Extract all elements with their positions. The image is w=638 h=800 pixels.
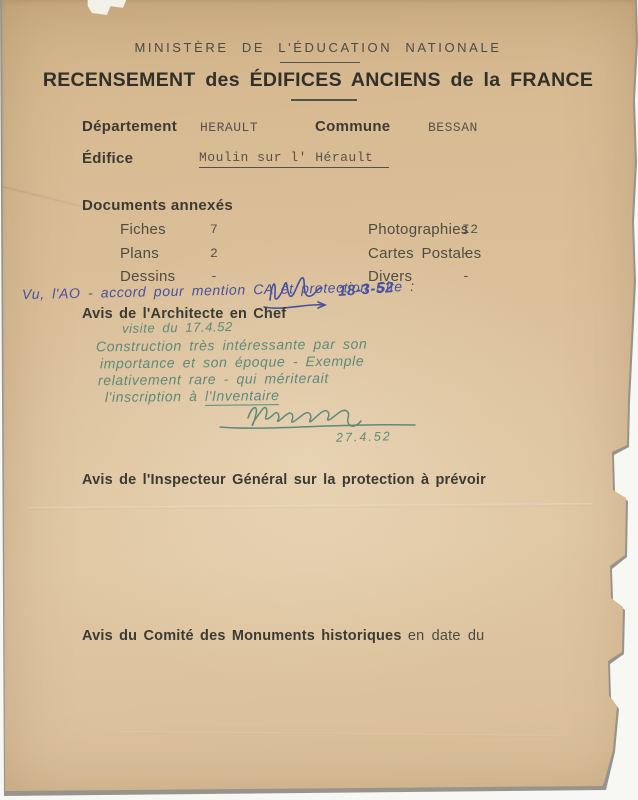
plans-value: 2 bbox=[210, 246, 218, 261]
committee-heading-bold: Avis du Comité des Monuments historiques bbox=[82, 628, 402, 644]
fiches-label: Fiches bbox=[120, 221, 166, 238]
commune-label: Commune bbox=[315, 118, 390, 135]
ministry-underline bbox=[280, 62, 360, 63]
documents-heading: Documents annexés bbox=[82, 197, 233, 214]
architect-signature-date: 27.4.52 bbox=[336, 429, 392, 444]
architect-note-line1: Construction très intéressante par son bbox=[96, 336, 368, 355]
committee-heading: Avis du Comité des Monuments historiques… bbox=[82, 628, 484, 644]
architect-note-line4-text: l'inscription à bbox=[105, 388, 205, 405]
edifice-value: Moulin sur l' Hérault bbox=[199, 150, 389, 168]
fiches-value: 7 bbox=[210, 222, 218, 237]
inspector-heading: Avis de l'Inspecteur Général sur la prot… bbox=[82, 472, 486, 488]
edifice-label: Édifice bbox=[82, 150, 133, 167]
departement-label: Département bbox=[82, 118, 177, 135]
photographies-label: Photographies bbox=[368, 221, 469, 238]
form-page: MINISTÈRE DE L'ÉDUCATION NATIONALE RECEN… bbox=[0, 0, 638, 800]
paper-crease bbox=[28, 503, 593, 510]
divers-value: - bbox=[462, 269, 470, 284]
title-underline bbox=[291, 99, 357, 101]
architect-note-line2: importance et son époque - Exemple bbox=[100, 353, 364, 372]
plans-label: Plans bbox=[120, 245, 159, 262]
departement-value: HERAULT bbox=[200, 120, 258, 135]
commune-value: BESSAN bbox=[428, 120, 478, 135]
architect-visit-date: visite du 17.4.52 bbox=[122, 319, 233, 336]
ministry-line: MINISTÈRE DE L'ÉDUCATION NATIONALE bbox=[0, 40, 636, 55]
torn-paper-fragment bbox=[86, 0, 128, 15]
architect-signature bbox=[218, 400, 418, 432]
paper-crease bbox=[120, 731, 560, 737]
architect-note-line3: relativement rare - qui mériterait bbox=[98, 370, 329, 388]
photographies-value: I2 bbox=[462, 222, 479, 237]
cartes-postales-value: - bbox=[462, 246, 470, 261]
blue-note-date: 18-3-52 bbox=[337, 279, 394, 300]
committee-heading-suffix: en date du bbox=[408, 628, 485, 644]
form-title: RECENSEMENT des ÉDIFICES ANCIENS de la F… bbox=[0, 69, 636, 92]
